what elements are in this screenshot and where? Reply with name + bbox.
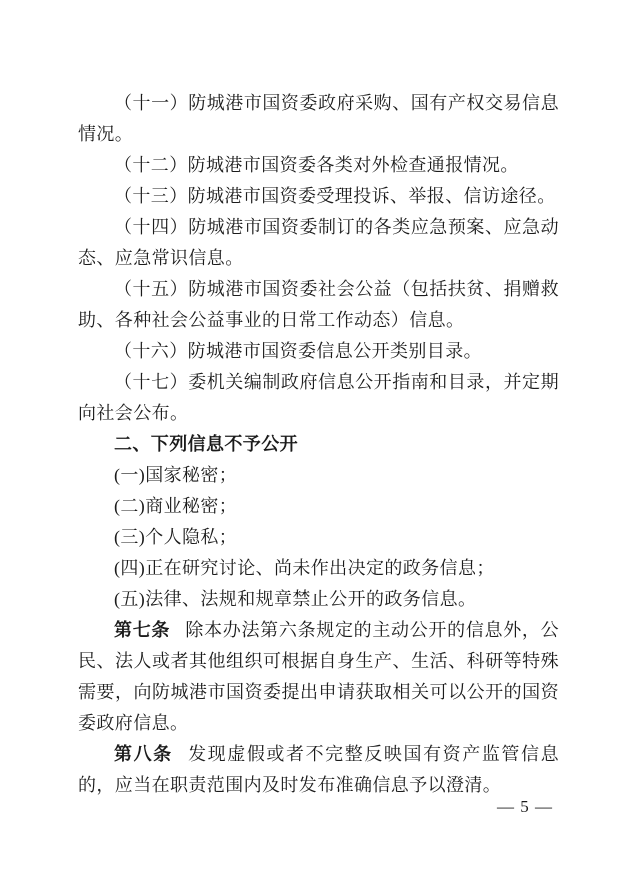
paragraph-item-12: （十二）防城港市国资委各类对外检查通报情况。 bbox=[78, 150, 559, 181]
document-page: （十一）防城港市国资委政府采购、国有产权交易信息情况。 （十二）防城港市国资委各… bbox=[0, 0, 637, 896]
paragraph-item-16: （十六）防城港市国资委信息公开类别目录。 bbox=[78, 336, 559, 367]
section-heading-no-disclosure: 二、下列信息不予公开 bbox=[78, 429, 559, 460]
paragraph-item-11: （十一）防城港市国资委政府采购、国有产权交易信息情况。 bbox=[78, 88, 559, 150]
paragraph-item-13: （十三）防城港市国资委受理投诉、举报、信访途径。 bbox=[78, 181, 559, 212]
list-item-3: (三)个人隐私； bbox=[78, 522, 559, 553]
page-number: — 5 — bbox=[497, 796, 553, 818]
article-8-number: 第八条 bbox=[114, 744, 173, 764]
list-item-1: (一)国家秘密； bbox=[78, 460, 559, 491]
list-item-4: (四)正在研究讨论、尚未作出决定的政务信息； bbox=[78, 553, 559, 584]
list-item-5: (五)法律、法规和规章禁止公开的政务信息。 bbox=[78, 584, 559, 615]
paragraph-item-14: （十四）防城港市国资委制订的各类应急预案、应急动态、应急常识信息。 bbox=[78, 212, 559, 274]
document-body: （十一）防城港市国资委政府采购、国有产权交易信息情况。 （十二）防城港市国资委各… bbox=[78, 88, 559, 801]
article-7: 第七条除本办法第六条规定的主动公开的信息外，公民、法人或者其他组织可根据自身生产… bbox=[78, 615, 559, 739]
article-8: 第八条发现虚假或者不完整反映国有资产监管信息的，应当在职责范围内及时发布准确信息… bbox=[78, 739, 559, 801]
paragraph-item-17: （十七）委机关编制政府信息公开指南和目录，并定期向社会公布。 bbox=[78, 367, 559, 429]
article-7-number: 第七条 bbox=[114, 620, 170, 640]
list-item-2: (二)商业秘密； bbox=[78, 491, 559, 522]
paragraph-item-15: （十五）防城港市国资委社会公益（包括扶贫、捐赠救助、各种社会公益事业的日常工作动… bbox=[78, 274, 559, 336]
